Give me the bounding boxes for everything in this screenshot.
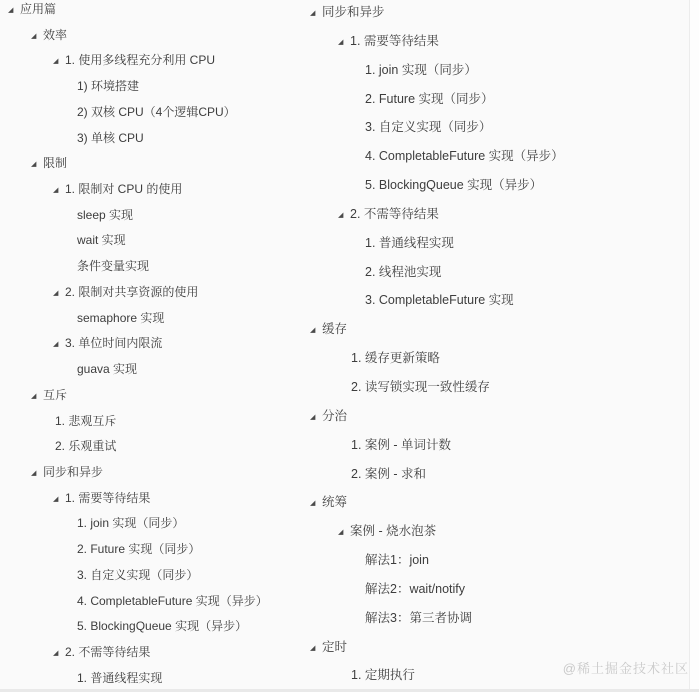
- tree-item-label[interactable]: 4. CompletableFuture 实现（异步）: [77, 594, 268, 608]
- expand-collapse-arrow-icon[interactable]: ◢: [310, 635, 322, 664]
- tree-item-label[interactable]: 3. 单位时间内限流: [65, 336, 162, 350]
- expand-collapse-arrow-icon[interactable]: ◢: [31, 24, 43, 50]
- tree-item-label[interactable]: 3) 单核 CPU: [77, 131, 144, 145]
- tree-item[interactable]: ◢同步和异步: [310, 0, 564, 27]
- tree-item-label[interactable]: 3. 自定义实现（同步）: [77, 568, 198, 582]
- tree-item-label[interactable]: 1. 需要等待结果: [350, 34, 439, 48]
- tree-item-label[interactable]: 1) 环境搭建: [77, 79, 139, 93]
- tree-item-label[interactable]: 同步和异步: [43, 465, 103, 479]
- expand-collapse-arrow-icon[interactable]: ◢: [53, 49, 65, 75]
- tree-item-label[interactable]: 5. BlockingQueue 实现（异步）: [365, 178, 542, 192]
- tree-item-label[interactable]: 解法2：wait/notify: [365, 582, 465, 596]
- tree-item-label[interactable]: 1. 普通线程实现: [365, 236, 454, 250]
- tree-item[interactable]: 3) 单核 CPU: [8, 126, 268, 152]
- expand-collapse-arrow-icon[interactable]: ◢: [8, 0, 20, 24]
- tree-item-label[interactable]: 1. join 实现（同步）: [365, 63, 477, 77]
- tree-item[interactable]: ◢应用篇: [8, 0, 268, 23]
- outline-canvas: ◢应用篇◢效率◢1. 使用多线程充分利用 CPU1) 环境搭建2) 双核 CPU…: [0, 0, 699, 692]
- tree-item[interactable]: ◢缓存: [310, 315, 564, 344]
- tree-item-label[interactable]: 1. 案例 - 单词计数: [351, 438, 451, 452]
- tree-item[interactable]: ◢3. 单位时间内限流: [8, 331, 268, 357]
- tree-item[interactable]: 5. BlockingQueue 实现（异步）: [8, 614, 268, 640]
- tree-item-label[interactable]: 2. Future 实现（同步）: [365, 92, 494, 106]
- expand-collapse-arrow-icon[interactable]: ◢: [53, 178, 65, 204]
- tree-item-label[interactable]: 解法1：join: [365, 553, 429, 567]
- tree-item[interactable]: ◢限制: [8, 151, 268, 177]
- tree-item[interactable]: 3. CompletableFuture 实现: [310, 286, 564, 315]
- tree-item[interactable]: guava 实现: [8, 357, 268, 383]
- expand-collapse-arrow-icon[interactable]: ◢: [53, 332, 65, 358]
- tree-item-label[interactable]: 2) 双核 CPU（4个逻辑CPU）: [77, 105, 236, 119]
- tree-item[interactable]: 3. 自定义实现（同步）: [8, 563, 268, 589]
- tree-item[interactable]: ◢2. 不需等待结果: [310, 200, 564, 229]
- tree-item[interactable]: 4. CompletableFuture 实现（异步）: [310, 142, 564, 171]
- tree-item-label[interactable]: 同步和异步: [322, 5, 385, 19]
- tree-item[interactable]: 1. 悲观互斥: [8, 409, 268, 435]
- tree-item[interactable]: ◢1. 限制对 CPU 的使用: [8, 177, 268, 203]
- tree-item[interactable]: ◢1. 需要等待结果: [310, 27, 564, 56]
- tree-item[interactable]: ◢2. 不需等待结果: [8, 640, 268, 666]
- expand-collapse-arrow-icon[interactable]: ◢: [53, 281, 65, 307]
- expand-collapse-arrow-icon[interactable]: ◢: [31, 384, 43, 410]
- scrollbar-track[interactable]: [689, 0, 699, 692]
- tree-item-label[interactable]: 限制: [43, 156, 67, 170]
- expand-collapse-arrow-icon[interactable]: ◢: [310, 0, 322, 29]
- tree-item-label[interactable]: 案例 - 烧水泡茶: [350, 524, 436, 538]
- tree-item[interactable]: 1) 环境搭建: [8, 74, 268, 100]
- tree-item[interactable]: 2) 双核 CPU（4个逻辑CPU）: [8, 100, 268, 126]
- tree-item[interactable]: ◢1. 需要等待结果: [8, 486, 268, 512]
- tree-item[interactable]: 2. Future 实现（同步）: [310, 85, 564, 114]
- expand-collapse-arrow-icon[interactable]: ◢: [338, 29, 350, 58]
- tree-item-label[interactable]: 2. 不需等待结果: [65, 645, 150, 659]
- tree-item[interactable]: 1. join 实现（同步）: [310, 56, 564, 85]
- tree-item[interactable]: 1. 普通线程实现: [310, 229, 564, 258]
- tree-item[interactable]: 条件变量实现: [8, 254, 268, 280]
- tree-item-label[interactable]: 3. CompletableFuture 实现: [365, 293, 514, 307]
- tree-item[interactable]: 1. 普通线程实现: [8, 666, 268, 692]
- tree-item[interactable]: 1. 案例 - 单词计数: [310, 431, 564, 460]
- tree-item[interactable]: ◢案例 - 烧水泡茶: [310, 517, 564, 546]
- tree-item-label[interactable]: 2. 乐观重试: [55, 439, 116, 453]
- tree-item[interactable]: 解法3：第三者协调: [310, 604, 564, 633]
- tree-item[interactable]: 1. 定期执行: [310, 661, 564, 690]
- tree-item[interactable]: 4. CompletableFuture 实现（异步）: [8, 589, 268, 615]
- tree-item[interactable]: ◢同步和异步: [8, 460, 268, 486]
- tree-item[interactable]: wait 实现: [8, 228, 268, 254]
- tree-item-label[interactable]: 2. Future 实现（同步）: [77, 542, 200, 556]
- tree-item-label[interactable]: 2. 不需等待结果: [350, 207, 439, 221]
- tree-item[interactable]: semaphore 实现: [8, 306, 268, 332]
- tree-item-label[interactable]: 1. 悲观互斥: [55, 414, 116, 428]
- expand-collapse-arrow-icon[interactable]: ◢: [338, 202, 350, 231]
- tree-column-right: ◢同步和异步◢1. 需要等待结果1. join 实现（同步）2. Future …: [310, 0, 564, 690]
- tree-item-label[interactable]: 2. 线程池实现: [365, 265, 441, 279]
- tree-item[interactable]: 5. BlockingQueue 实现（异步）: [310, 171, 564, 200]
- expand-collapse-arrow-icon[interactable]: ◢: [53, 641, 65, 667]
- tree-item[interactable]: 2. 读写锁实现一致性缓存: [310, 373, 564, 402]
- tree-column-left: ◢应用篇◢效率◢1. 使用多线程充分利用 CPU1) 环境搭建2) 双核 CPU…: [8, 0, 268, 691]
- tree-item-label[interactable]: 互斥: [43, 388, 67, 402]
- tree-item[interactable]: 2. 案例 - 求和: [310, 460, 564, 489]
- tree-item-label[interactable]: semaphore 实现: [77, 311, 164, 325]
- tree-item-label[interactable]: 5. BlockingQueue 实现（异步）: [77, 619, 247, 633]
- tree-item[interactable]: ◢定时: [310, 633, 564, 662]
- tree-item-label[interactable]: 1. 限制对 CPU 的使用: [65, 182, 182, 196]
- tree-item-label[interactable]: 4. CompletableFuture 实现（异步）: [365, 149, 564, 163]
- tree-item-label[interactable]: 应用篇: [20, 2, 56, 16]
- tree-item-label[interactable]: 条件变量实现: [77, 259, 149, 273]
- tree-item[interactable]: ◢效率: [8, 23, 268, 49]
- tree-item-label[interactable]: wait 实现: [77, 233, 126, 247]
- tree-item-label[interactable]: 2. 限制对共享资源的使用: [65, 285, 198, 299]
- tree-item-label[interactable]: 分治: [322, 409, 347, 423]
- tree-item-label[interactable]: 缓存: [322, 322, 347, 336]
- tree-item[interactable]: ◢统筹: [310, 488, 564, 517]
- tree-item-label[interactable]: 1. 普通线程实现: [77, 671, 162, 685]
- expand-collapse-arrow-icon[interactable]: ◢: [53, 487, 65, 513]
- expand-collapse-arrow-icon[interactable]: ◢: [310, 404, 322, 433]
- tree-item[interactable]: sleep 实现: [8, 203, 268, 229]
- tree-item-label[interactable]: 1. 定期执行: [351, 668, 415, 682]
- tree-item-label[interactable]: 2. 案例 - 求和: [351, 467, 426, 481]
- tree-item-label[interactable]: 统筹: [322, 495, 347, 509]
- tree-item[interactable]: 1. join 实现（同步）: [8, 511, 268, 537]
- expand-collapse-arrow-icon[interactable]: ◢: [338, 519, 350, 548]
- tree-item-label[interactable]: 解法3：第三者协调: [365, 611, 472, 625]
- tree-item[interactable]: ◢互斥: [8, 383, 268, 409]
- tree-item[interactable]: ◢1. 使用多线程充分利用 CPU: [8, 48, 268, 74]
- tree-item-label[interactable]: 3. 自定义实现（同步）: [365, 120, 491, 134]
- tree-item[interactable]: 1. 缓存更新策略: [310, 344, 564, 373]
- tree-item-label[interactable]: 1. 缓存更新策略: [351, 351, 440, 365]
- watermark: @稀土掘金技术社区: [563, 658, 689, 677]
- tree-item-label[interactable]: 效率: [43, 28, 67, 42]
- tree-item[interactable]: ◢2. 限制对共享资源的使用: [8, 280, 268, 306]
- expand-collapse-arrow-icon[interactable]: ◢: [31, 152, 43, 178]
- tree-item[interactable]: ◢分治: [310, 402, 564, 431]
- tree-item[interactable]: 解法1：join: [310, 546, 564, 575]
- expand-collapse-arrow-icon[interactable]: ◢: [310, 317, 322, 346]
- tree-item-label[interactable]: 2. 读写锁实现一致性缓存: [351, 380, 490, 394]
- tree-item[interactable]: 2. Future 实现（同步）: [8, 537, 268, 563]
- tree-item[interactable]: 2. 线程池实现: [310, 258, 564, 287]
- tree-item[interactable]: 3. 自定义实现（同步）: [310, 113, 564, 142]
- expand-collapse-arrow-icon[interactable]: ◢: [310, 490, 322, 519]
- tree-item-label[interactable]: 1. 使用多线程充分利用 CPU: [65, 53, 215, 67]
- tree-item-label[interactable]: sleep 实现: [77, 208, 133, 222]
- tree-item[interactable]: 2. 乐观重试: [8, 434, 268, 460]
- tree-item-label[interactable]: 1. join 实现（同步）: [77, 516, 184, 530]
- tree-item-label[interactable]: 1. 需要等待结果: [65, 491, 150, 505]
- expand-collapse-arrow-icon[interactable]: ◢: [31, 461, 43, 487]
- tree-item[interactable]: 解法2：wait/notify: [310, 575, 564, 604]
- tree-item-label[interactable]: guava 实现: [77, 362, 137, 376]
- tree-item-label[interactable]: 定时: [322, 640, 347, 654]
